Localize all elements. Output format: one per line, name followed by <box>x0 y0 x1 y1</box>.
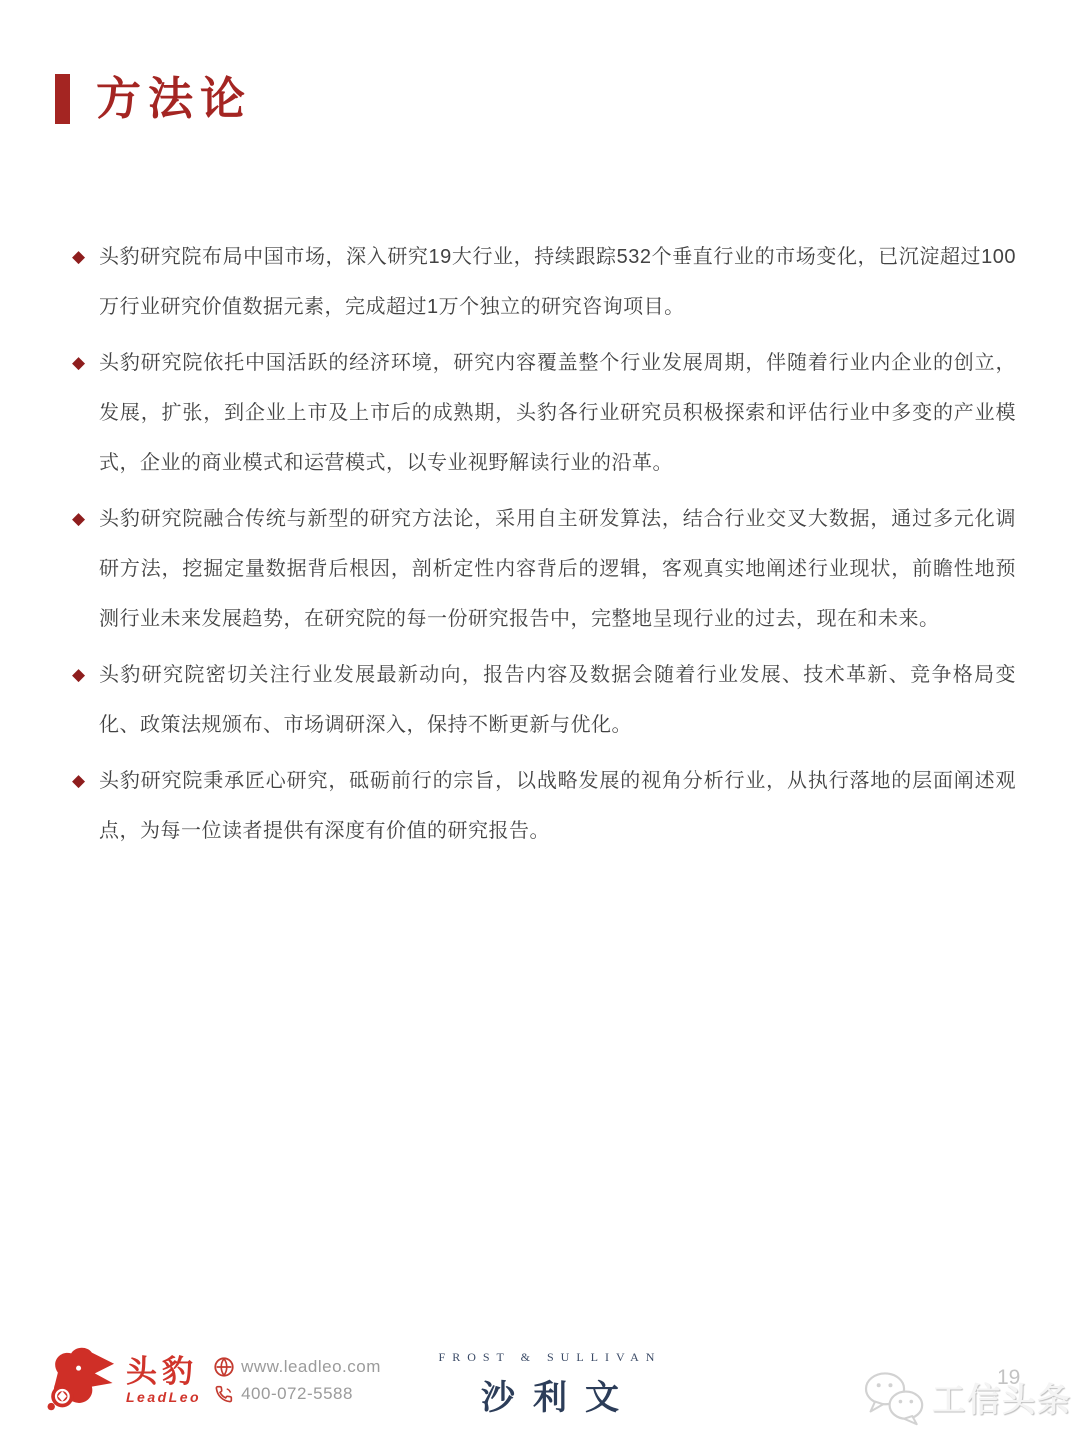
list-item: ◆ 头豹研究院密切关注行业发展最新动向，报告内容及数据会随着行业发展、技术革新、… <box>72 650 1016 750</box>
title-accent-bar <box>55 74 70 124</box>
page-number: 19 <box>997 1366 1020 1390</box>
page-title: 方法论 <box>96 74 252 124</box>
bullet-text: 头豹研究院依托中国活跃的经济环境，研究内容覆盖整个行业发展周期，伴随着行业内企业… <box>99 338 1016 488</box>
diamond-bullet-icon: ◆ <box>72 338 99 388</box>
list-item: ◆ 头豹研究院融合传统与新型的研究方法论，采用自主研发算法，结合行业交叉大数据，… <box>72 494 1016 644</box>
leopard-logo-icon <box>46 1346 120 1414</box>
list-item: ◆ 头豹研究院布局中国市场，深入研究19大行业，持续跟踪532个垂直行业的市场变… <box>72 232 1016 332</box>
watermark-block: 工信头条 <box>858 1368 1072 1426</box>
report-page: 方法论 ◆ 头豹研究院布局中国市场，深入研究19大行业，持续跟踪532个垂直行业… <box>0 0 1080 1456</box>
bullet-text: 头豹研究院布局中国市场，深入研究19大行业，持续跟踪532个垂直行业的市场变化，… <box>99 232 1016 332</box>
methodology-list: ◆ 头豹研究院布局中国市场，深入研究19大行业，持续跟踪532个垂直行业的市场变… <box>72 232 1016 862</box>
leadleo-brand-cn: 头豹 <box>126 1355 201 1389</box>
website-text: www.leadleo.com <box>241 1357 381 1377</box>
bullet-text: 头豹研究院密切关注行业发展最新动向，报告内容及数据会随着行业发展、技术革新、竞争… <box>99 650 1016 750</box>
frost-sullivan-cn: 沙利文 <box>430 1370 670 1419</box>
diamond-bullet-icon: ◆ <box>72 650 99 700</box>
phone-row: 400-072-5588 <box>213 1380 381 1407</box>
frost-sullivan-en: FROST & SULLIVAN <box>430 1350 670 1365</box>
diamond-bullet-icon: ◆ <box>72 494 99 544</box>
frost-sullivan-logo-block: FROST & SULLIVAN 沙利文 <box>430 1350 670 1419</box>
leadleo-contact: www.leadleo.com 400-072-5588 <box>213 1353 381 1407</box>
leadleo-brand: 头豹 LeadLeo <box>126 1355 201 1406</box>
website-row: www.leadleo.com <box>213 1353 381 1380</box>
phone-text: 400-072-5588 <box>241 1384 353 1404</box>
phone-icon <box>213 1383 235 1405</box>
section-header: 方法论 <box>55 74 252 124</box>
list-item: ◆ 头豹研究院秉承匠心研究，砥砺前行的宗旨，以战略发展的视角分析行业，从执行落地… <box>72 756 1016 856</box>
leadleo-brand-en: LeadLeo <box>126 1389 201 1406</box>
bullet-text: 头豹研究院融合传统与新型的研究方法论，采用自主研发算法，结合行业交叉大数据，通过… <box>99 494 1016 644</box>
chat-bubbles-icon <box>858 1368 932 1426</box>
diamond-bullet-icon: ◆ <box>72 756 99 806</box>
bullet-text: 头豹研究院秉承匠心研究，砥砺前行的宗旨，以战略发展的视角分析行业，从执行落地的层… <box>99 756 1016 856</box>
diamond-bullet-icon: ◆ <box>72 232 99 282</box>
globe-icon <box>213 1356 235 1378</box>
list-item: ◆ 头豹研究院依托中国活跃的经济环境，研究内容覆盖整个行业发展周期，伴随着行业内… <box>72 338 1016 488</box>
leadleo-logo-block: 头豹 LeadLeo www.leadleo.com 400-072-5588 <box>46 1346 381 1414</box>
